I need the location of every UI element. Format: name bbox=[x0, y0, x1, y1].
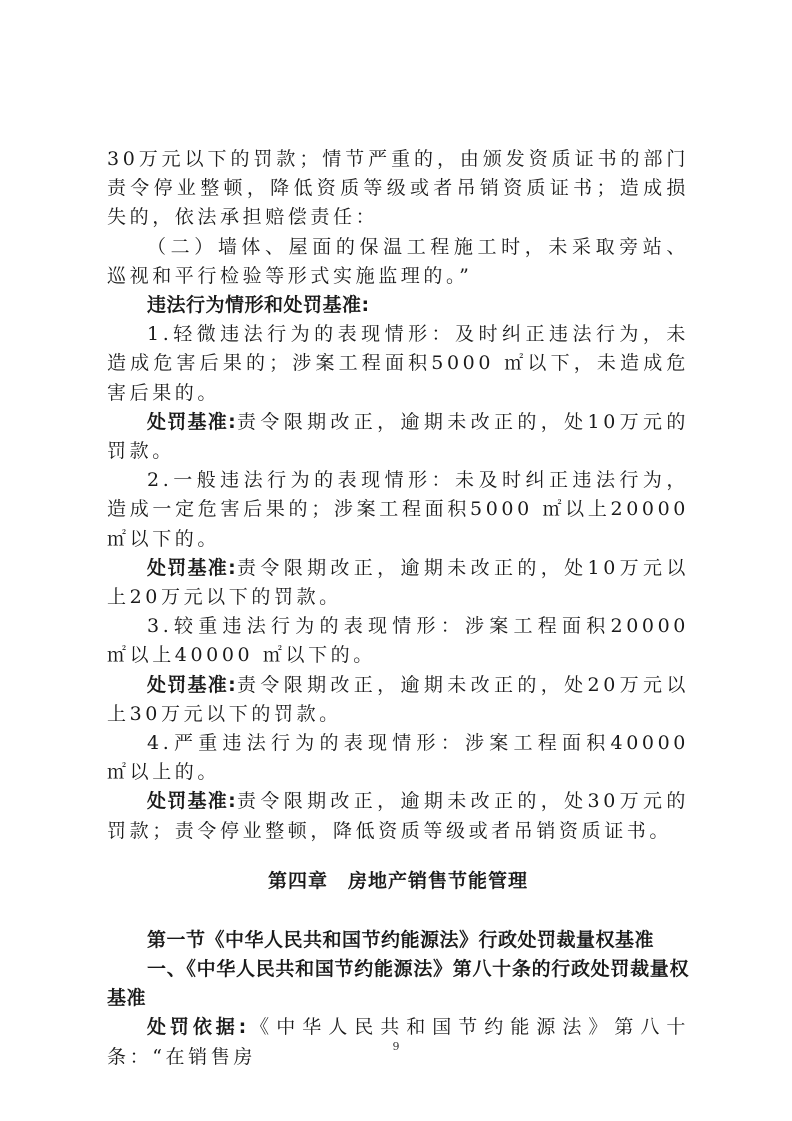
document-page: 30万元以下的罚款；情节严重的，由颁发资质证书的部门责令停业整顿，降低资质等级或… bbox=[107, 145, 689, 1072]
level-4-penalty: 处罚基准:责令限期改正，逾期未改正的，处30万元的罚款；责令停业整顿，降低资质等… bbox=[107, 787, 689, 845]
spacer bbox=[107, 896, 689, 926]
subsection-title: 一、《中华人民共和国节约能源法》第八十条的行政处罚裁量权基准 bbox=[107, 955, 689, 1013]
level-4-situation: 4.严重违法行为的表现情形：涉案工程面积40000 ㎡以上的。 bbox=[107, 729, 689, 787]
paragraph-item-two: （二）墙体、屋面的保温工程施工时，未采取旁站、巡视和平行检验等形式实施监理的。” bbox=[107, 233, 689, 291]
basis-label: 处罚依据: bbox=[147, 1016, 247, 1038]
penalty-label: 处罚基准: bbox=[147, 411, 236, 433]
level-3-penalty: 处罚基准:责令限期改正，逾期未改正的，处20万元以上30万元以下的罚款。 bbox=[107, 671, 689, 729]
level-1-situation: 1.轻微违法行为的表现情形：及时纠正违法行为，未造成危害后果的；涉案工程面积50… bbox=[107, 320, 689, 408]
penalty-label: 处罚基准: bbox=[147, 674, 236, 696]
section-title: 第一节《中华人民共和国节约能源法》行政处罚裁量权基准 bbox=[107, 926, 689, 955]
penalty-label: 处罚基准: bbox=[147, 557, 236, 579]
paragraph-fine-continuation: 30万元以下的罚款；情节严重的，由颁发资质证书的部门责令停业整顿，降低资质等级或… bbox=[107, 145, 689, 233]
level-3-situation: 3.较重违法行为的表现情形：涉案工程面积20000 ㎡以上40000 ㎡以下的。 bbox=[107, 612, 689, 670]
page-number: 9 bbox=[0, 1040, 792, 1053]
chapter-title: 第四章 房地产销售节能管理 bbox=[107, 867, 689, 896]
penalty-label: 处罚基准: bbox=[147, 790, 236, 812]
level-2-situation: 2.一般违法行为的表现情形：未及时纠正违法行为，造成一定危害后果的；涉案工程面积… bbox=[107, 466, 689, 554]
violation-heading: 违法行为情形和处罚基准: bbox=[107, 291, 689, 320]
level-1-penalty: 处罚基准:责令限期改正，逾期未改正的，处10万元的罚款。 bbox=[107, 408, 689, 466]
level-2-penalty: 处罚基准:责令限期改正，逾期未改正的，处10万元以上20万元以下的罚款。 bbox=[107, 554, 689, 612]
